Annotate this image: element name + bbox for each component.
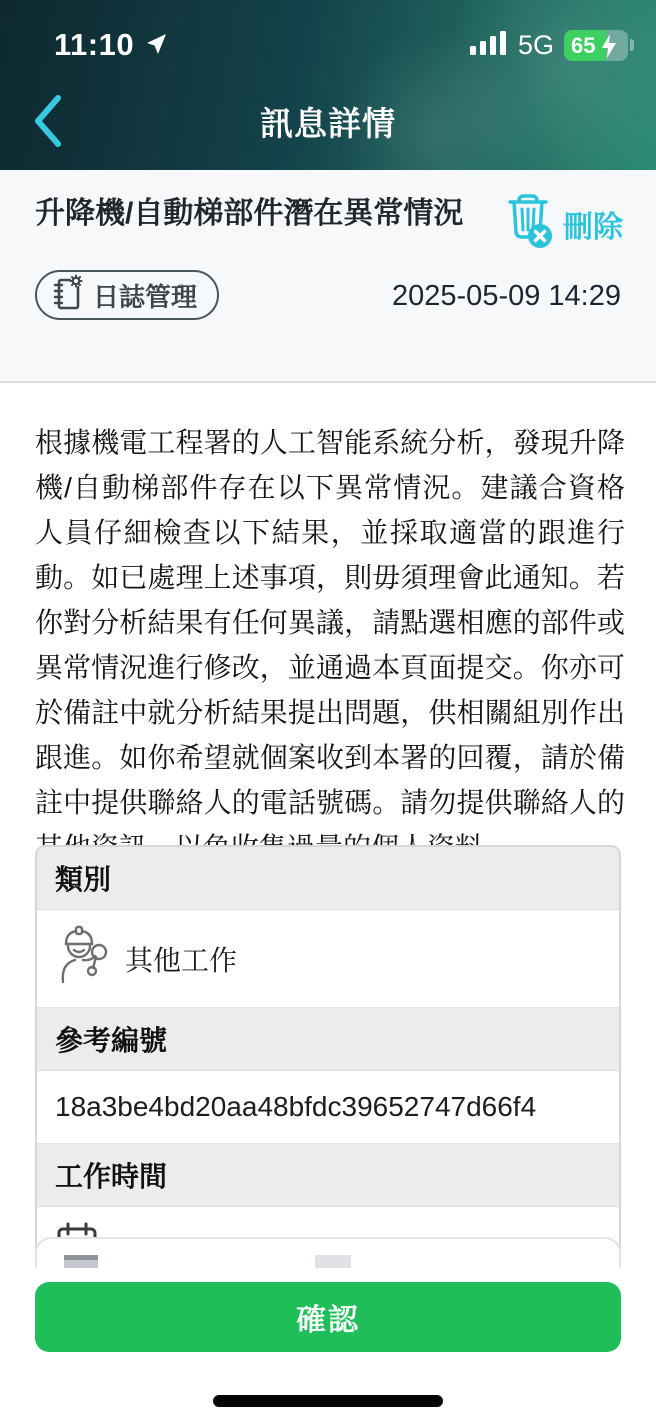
message-datetime: 2025-05-09 14:29 — [392, 280, 621, 313]
reference-number-value: 18a3be4bd20aa48bfdc39652747d66f4 — [55, 1091, 536, 1123]
logbook-icon — [51, 274, 83, 317]
bottom-action-bar: 確認 — [0, 1268, 656, 1419]
battery-percent: 65 — [571, 30, 595, 61]
battery-indicator: 65 — [564, 30, 628, 61]
category-chip-label: 日誌管理 — [93, 277, 197, 314]
confirm-button[interactable]: 確認 — [35, 1282, 621, 1352]
network-type-label: 5G — [518, 30, 554, 61]
message-body-text: 根據機電工程署的人工智能系統分析，發現升降機/自動梯部件存在以下異常情況。建議合… — [35, 420, 625, 870]
details-table: 類別 其他工作 — [35, 845, 621, 1290]
app-header: 11:10 5G 65 — [0, 0, 656, 170]
home-indicator[interactable] — [213, 1395, 443, 1407]
table-row-category[interactable]: 其他工作 — [37, 910, 619, 1008]
status-bar: 11:10 5G 65 — [0, 22, 656, 68]
table-row-reference[interactable]: 18a3be4bd20aa48bfdc39652747d66f4 — [37, 1071, 619, 1144]
category-value: 其他工作 — [125, 939, 237, 979]
table-header-reference: 參考編號 — [37, 1008, 619, 1071]
delete-button-label: 刪除 — [563, 202, 623, 246]
signal-bars-icon — [470, 29, 508, 62]
charging-bolt-icon — [600, 33, 618, 61]
worker-icon — [55, 924, 111, 993]
app-screen: 11:10 5G 65 — [0, 0, 656, 1419]
page-title: 訊息詳情 — [0, 98, 656, 145]
message-title: 升降機/自動梯部件潛在異常情況 — [35, 194, 475, 234]
message-header-card: 升降機/自動梯部件潛在異常情況 刪除 — [0, 170, 656, 383]
location-arrow-icon — [144, 32, 168, 61]
delete-button[interactable]: 刪除 — [502, 192, 623, 255]
trash-icon — [502, 192, 554, 255]
battery-tip — [630, 39, 634, 51]
category-chip[interactable]: 日誌管理 — [35, 270, 219, 320]
nav-bar: 訊息詳情 — [0, 88, 656, 158]
table-header-category: 類別 — [37, 847, 619, 910]
clock-time: 11:10 — [54, 27, 134, 63]
table-header-worktime: 工作時間 — [37, 1144, 619, 1207]
